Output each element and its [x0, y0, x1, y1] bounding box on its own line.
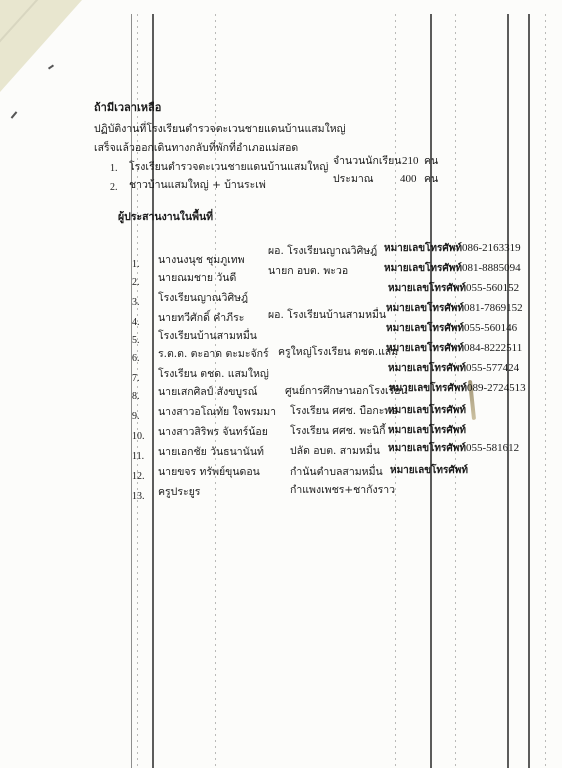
- phone-label: หมายเลขโทรศัพท์: [388, 424, 466, 437]
- folded-corner: [0, 0, 82, 92]
- coordinator-name: โรงเรียนบ้านสามหมื่น: [158, 330, 257, 343]
- coordinator-index: 9.: [132, 410, 140, 423]
- phone-label: หมายเลขโทรศัพท์: [388, 282, 466, 295]
- coordinator-position: ผอ. โรงเรียนบ้านสามหมื่น: [268, 309, 386, 322]
- phone-label: หมายเลขโทรศัพท์: [386, 302, 464, 315]
- target-count: 400: [400, 173, 417, 186]
- coordinator-position: กำแพงเพชร+ชากังราว: [290, 484, 395, 497]
- coordinator-name: ร.ต.ต. ตะอาด ตะมะจักร์: [158, 348, 269, 361]
- coordinator-position: ผอ. โรงเรียนญาณวิศิษฎ์: [268, 245, 377, 258]
- target-unit: คน: [424, 155, 438, 168]
- phone-label: หมายเลขโทรศัพท์: [386, 322, 464, 335]
- phone-label: หมายเลขโทรศัพท์: [388, 404, 466, 417]
- phone-number: 055-577424: [466, 362, 519, 375]
- coordinator-name: นายทวีศักดิ์ คำภีระ: [158, 312, 244, 325]
- phone-number: 055-560146: [464, 322, 517, 335]
- coordinator-position: โรงเรียน ศศช. บือกะพอ: [290, 405, 398, 418]
- coordinator-index: 3.: [132, 296, 140, 309]
- coordinator-index: 11.: [132, 450, 144, 463]
- phone-number: 086-2163319: [462, 242, 521, 255]
- coordinator-name: ครูประยูร: [158, 486, 200, 499]
- coordinator-name: นายขจร ทรัพย์ขุนดอน: [158, 466, 260, 479]
- coordinator-name: นายเสกศิลป์ สังขบูรณ์: [158, 386, 257, 399]
- phone-label: หมายเลขโทรศัพท์: [388, 442, 466, 455]
- phone-number: 081-7869152: [464, 302, 523, 315]
- target-name: ชาวบ้านแสมใหญ่ + บ้านระเพ่: [129, 179, 266, 192]
- phone-number: 055-560152: [466, 282, 519, 295]
- scanned-page: ถ้ามีเวลาเหลือ ปฏิบัติงานที่โรงเรียนตำรว…: [0, 0, 562, 768]
- coordinator-index: 1.: [132, 258, 140, 271]
- phone-number: 081-8885094: [462, 262, 521, 275]
- coordinator-name: นายเอกชัย วันธนานันท์: [158, 446, 264, 459]
- target-index: 2.: [110, 181, 118, 194]
- scan-speck: [11, 111, 18, 118]
- target-unit: คน: [424, 173, 438, 186]
- phone-label: หมายเลขโทรศัพท์: [384, 242, 462, 255]
- coordinator-index: 8.: [132, 390, 140, 403]
- phone-label: หมายเลขโทรศัพท์: [388, 362, 466, 375]
- coordinator-name: นางนงนุช ชุมภูเทพ: [158, 254, 245, 267]
- coordinator-position: กำนันตำบลสามหมื่น: [290, 466, 383, 479]
- coordinator-name: นางสาวอโณทัย ใจพรมมา: [158, 406, 276, 419]
- scan-line: [528, 14, 530, 768]
- coordinator-position: ครูใหญ่โรงเรียน ตชด.แสม: [278, 346, 398, 359]
- target-label: จำนวนนักเรียน: [333, 155, 401, 168]
- phone-number: 089-2724513: [467, 382, 526, 395]
- phone-number: 084-8222511: [464, 342, 522, 355]
- coordinator-index: 2.: [132, 276, 140, 289]
- coordinator-position: นายก อบต. พะวอ: [268, 265, 348, 278]
- scan-line: [545, 14, 546, 768]
- coordinator-index: 10.: [132, 430, 145, 443]
- target-label: ประมาณ: [333, 173, 374, 186]
- target-name: โรงเรียนตำรวจตะเวนชายแดนบ้านแสมใหญ่: [129, 161, 328, 174]
- section-heading: ถ้ามีเวลาเหลือ: [94, 101, 161, 114]
- phone-label: หมายเลขโทรศัพท์: [390, 464, 468, 477]
- coordinator-index: 7.: [132, 372, 140, 385]
- phone-number: 055-581612: [466, 442, 519, 455]
- coordinator-name: โรงเรียนญาณวิศิษฎ์: [158, 292, 248, 305]
- coordinator-name: นายณมชาย วันดี: [158, 272, 236, 285]
- intro-line: เสร็จแล้วออกเดินทางกลับที่พักที่อำเภอแม่…: [94, 142, 298, 155]
- phone-label: หมายเลขโทรศัพท์: [384, 262, 462, 275]
- coordinator-index: 12.: [132, 470, 145, 483]
- coordinator-position: โรงเรียน ศศช. พะนิกี้: [290, 425, 386, 438]
- phone-label: หมายเลขโทรศัพท์: [389, 382, 467, 395]
- target-index: 1.: [110, 162, 118, 175]
- coordinator-position: ปลัด อบต. สามหมื่น: [290, 445, 380, 458]
- coordinator-index: 6.: [132, 352, 140, 365]
- coordinator-index: 5.: [132, 334, 140, 347]
- coordinator-name: โรงเรียน ตชด. แสมใหญ่: [158, 368, 269, 381]
- target-count: 210: [402, 155, 419, 168]
- coordinators-heading: ผู้ประสานงานในพื้นที่: [118, 211, 213, 224]
- coordinator-index: 13.: [132, 490, 145, 503]
- coordinator-index: 4.: [132, 316, 140, 329]
- intro-line: ปฏิบัติงานที่โรงเรียนตำรวจตะเวนชายแดนบ้า…: [94, 123, 346, 136]
- coordinator-name: นางสาวสิริพร จันทร์น้อย: [158, 426, 268, 439]
- phone-label: หมายเลขโทรศัพท์: [386, 342, 464, 355]
